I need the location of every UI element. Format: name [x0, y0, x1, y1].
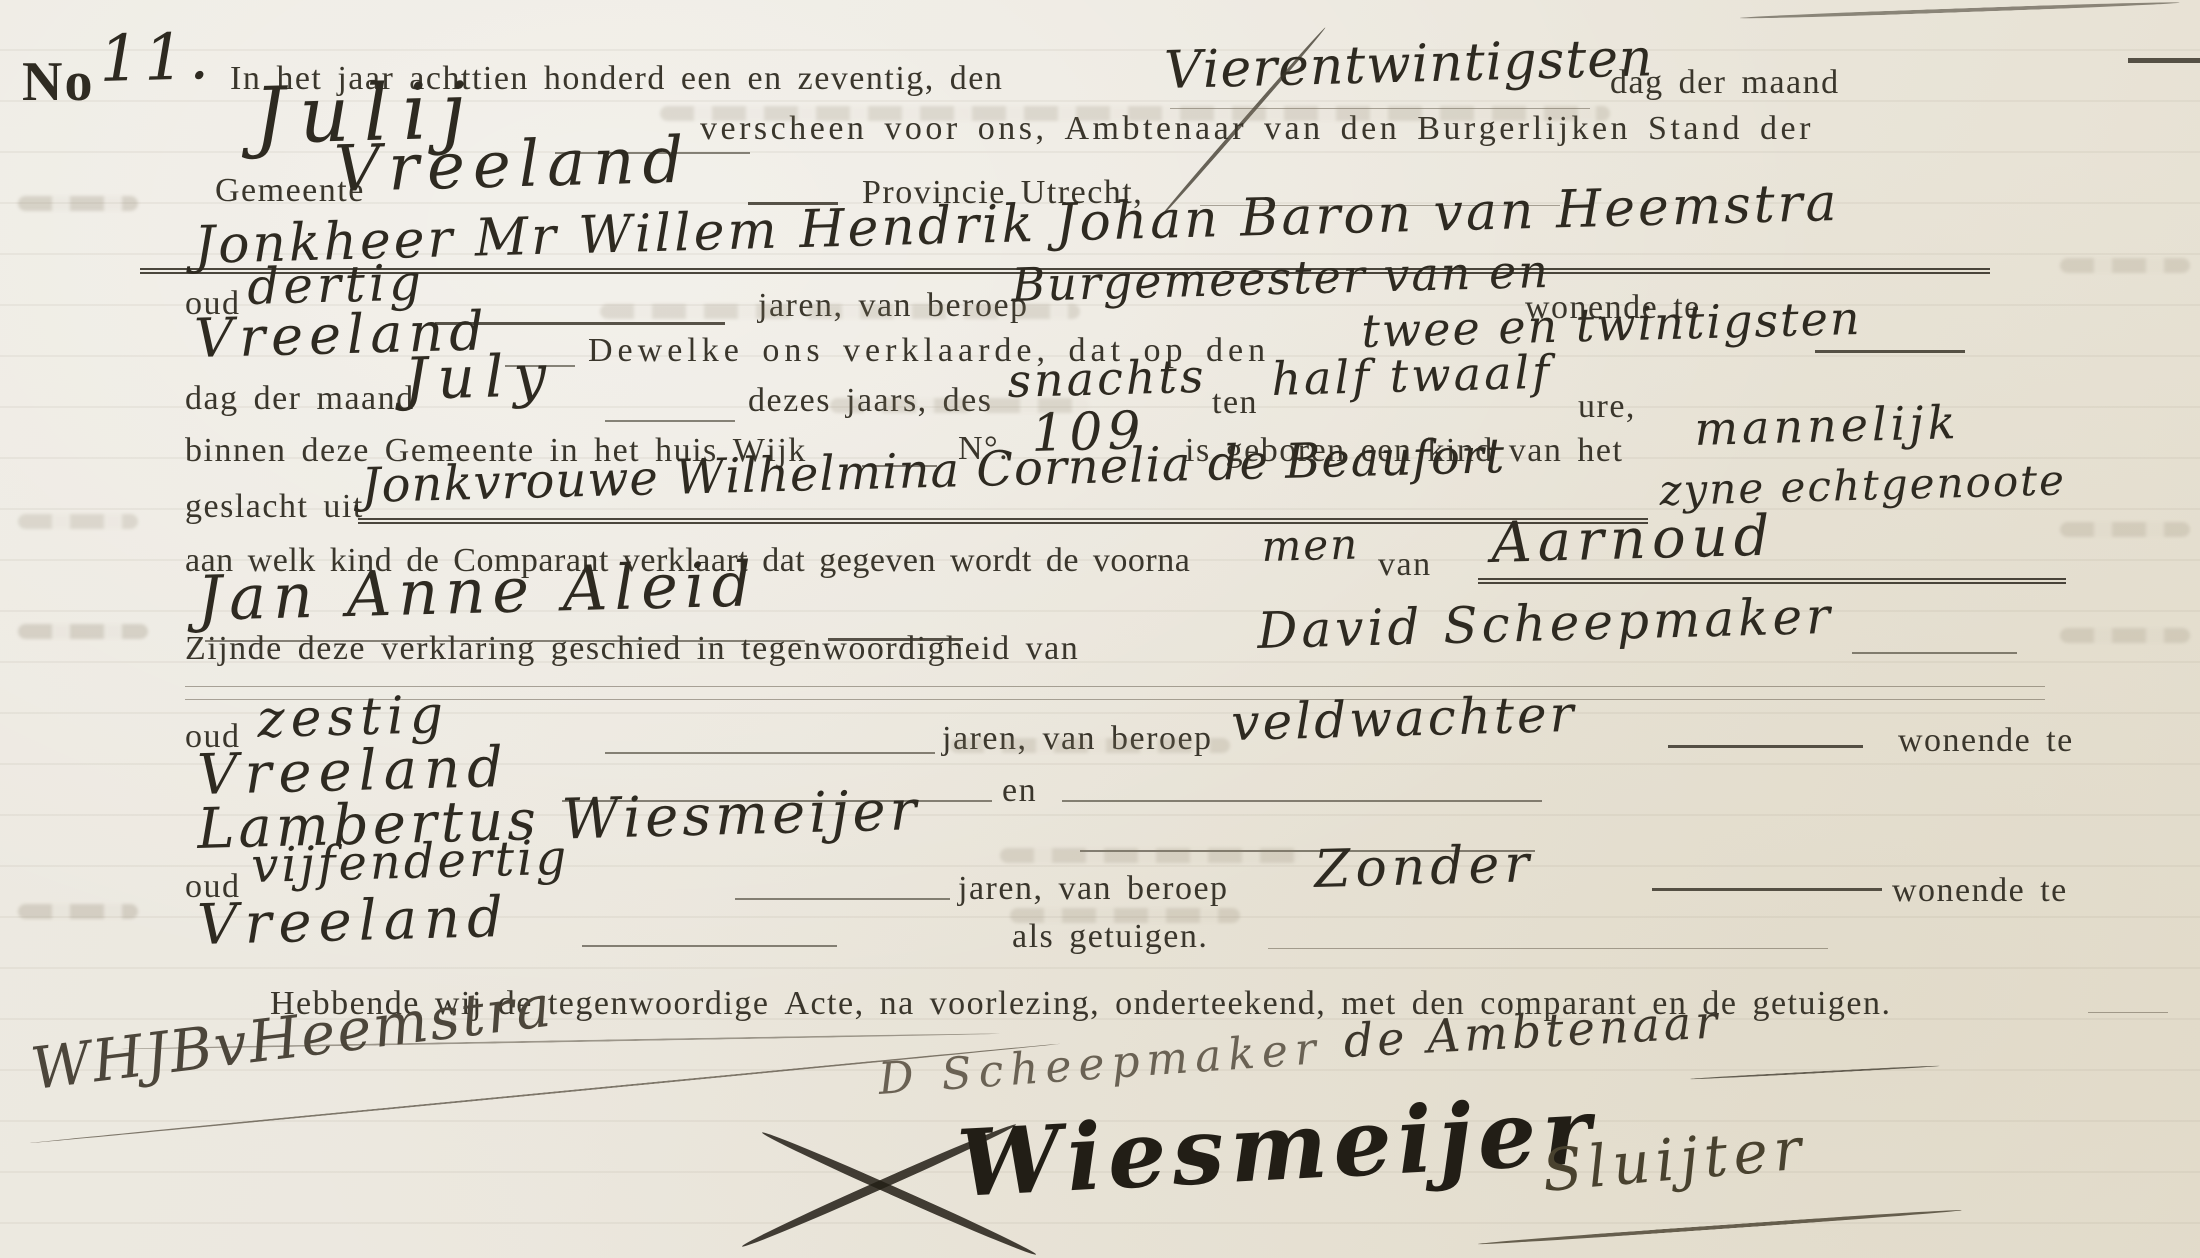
ghost-bleed-margin	[18, 624, 148, 639]
fill-line	[1668, 745, 1863, 748]
act-text: ten	[1212, 384, 1258, 422]
underline-first-name	[1478, 578, 2066, 584]
hand-entry-daypart: snachts	[1007, 353, 1207, 404]
hand-entry-sex: mannelijk	[1694, 399, 1960, 452]
act-text: van	[1378, 546, 1432, 584]
ghost-bleed	[950, 738, 1230, 753]
act-text: dag der maand	[1610, 64, 1840, 102]
ghost-bleed	[830, 398, 1090, 413]
pen-flourish-trimmed	[1740, 1, 2180, 20]
ink-dash	[2128, 58, 2200, 63]
hand-entry-birth-day: twee en twintigsten	[1361, 295, 1862, 354]
fill-line	[605, 420, 735, 422]
signature-witness2: Wiesmeijer	[955, 1085, 1599, 1210]
hand-entry-declarant-occupation: Burgemeester van en	[1011, 248, 1551, 308]
fill-line	[735, 898, 950, 900]
ghost-bleed-margin	[2060, 628, 2190, 643]
fill-line	[582, 945, 837, 947]
record-number-label: No	[22, 50, 94, 114]
ghost-bleed-margin	[2060, 522, 2190, 537]
hand-entry-witness2-occupation: Zonder	[1314, 838, 1535, 896]
hand-entry-municipality: Vreeland	[333, 129, 692, 202]
pen-flourish	[1690, 1065, 1940, 1080]
hand-entry-witness2-residence: Vreeland	[197, 890, 511, 954]
hand-entry-day-of-month: Vierentwintigsten	[1164, 32, 1654, 97]
act-text: ure,	[1578, 388, 1636, 426]
act-text: geslacht uit	[185, 488, 364, 526]
signature-witness1: D Scheepmaker	[877, 1027, 1324, 1102]
hand-entry-birth-month: July	[403, 346, 556, 408]
hand-entry-other-names: Jan Anne Aleid	[196, 553, 759, 630]
act-text: wonende te	[1898, 722, 2074, 760]
hand-entry-first-name: Aarnoud	[1491, 509, 1777, 572]
ghost-bleed	[1010, 908, 1240, 923]
birth-certificate-scan: No 11. In het jaar achttien honderd een …	[0, 0, 2200, 1258]
fill-line	[1815, 350, 1965, 353]
ghost-bleed	[660, 106, 1610, 121]
hand-entry-witness1-occupation: veldwachter	[1231, 689, 1577, 748]
hand-entry-witness2-age: vijfendertig	[251, 834, 570, 890]
ghost-bleed-margin	[18, 514, 138, 529]
act-text: jaren, van beroep	[958, 870, 1229, 908]
row-separator	[185, 699, 2045, 700]
act-text: wonende te	[1892, 872, 2068, 910]
act-text: dag der maand	[185, 380, 415, 418]
ghost-bleed	[1000, 848, 1300, 863]
ghost-bleed-margin	[2060, 258, 2190, 273]
record-number-value: 11.	[98, 25, 213, 92]
fill-line	[1062, 800, 1542, 802]
fill-line	[1268, 948, 1828, 949]
act-text: en	[1002, 772, 1037, 810]
hand-entry-voornamen-suffix: men	[1261, 523, 1360, 568]
ghost-bleed-margin	[18, 196, 138, 211]
fill-line	[1652, 888, 1882, 891]
hand-entry-time: half twaalf	[1271, 349, 1553, 402]
row-separator	[185, 686, 2045, 687]
fill-line	[1852, 652, 2017, 654]
ghost-bleed	[600, 304, 1080, 319]
ghost-bleed-margin	[18, 904, 138, 919]
act-text: als getuigen.	[1012, 918, 1208, 956]
act-text: Zijnde deze verklaring geschied in tegen…	[185, 630, 1079, 668]
hand-entry-witness1-name: David Scheepmaker	[1257, 591, 1835, 656]
underline-mother	[358, 518, 1648, 524]
fill-line	[2088, 1012, 2168, 1013]
signature-underline-flourish	[1478, 1208, 1962, 1246]
fill-line	[605, 752, 935, 754]
